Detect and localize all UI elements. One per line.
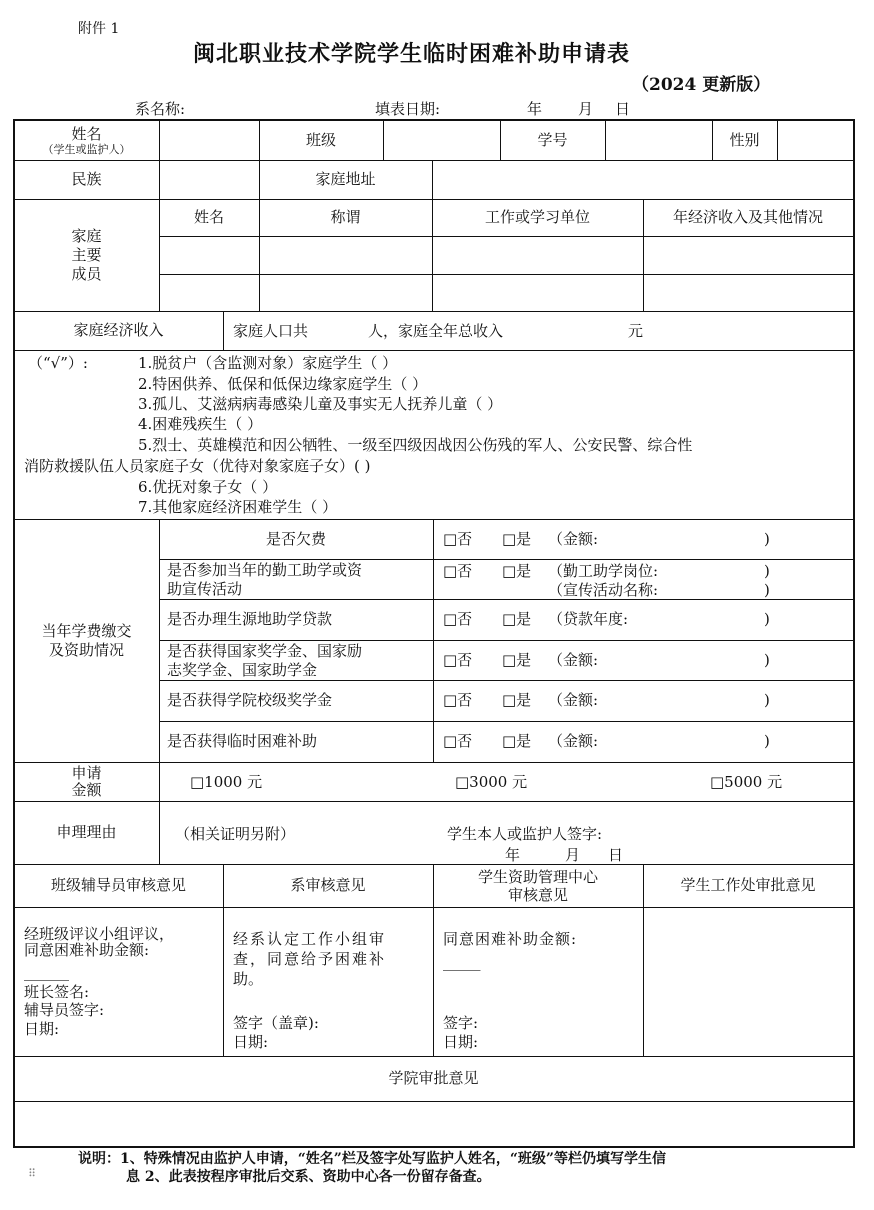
category-item-1[interactable]: 1.脱贫户（含监测对象）家庭学生（ ） [138,354,397,372]
review-header-dept: 系审核意见 [223,864,433,907]
reason-field[interactable] [160,802,852,863]
attachment-label: 附件 1 [78,20,119,38]
counselor-signature-label: 辅导员签字: [24,1001,104,1019]
family-member-row-2[interactable] [160,275,852,310]
income-total-text: 人，家庭全年总收入 [368,322,503,340]
name-field[interactable] [160,121,258,159]
review-header-line: 审核意见 [508,886,568,904]
aid-close: ) [764,581,770,599]
check-prefix: （“√”）: [28,354,88,372]
amount-option-5000[interactable]: □5000 元 [710,773,782,791]
aid-question-workstudy-2: 助宣传活动 [167,580,242,598]
student-id-field[interactable] [606,121,711,159]
aid-question-college-scholarship: 是否获得学院校级奖学金 [167,691,332,709]
aid-yes-checkbox[interactable]: □是 [502,530,531,548]
amount-label-line: 申请 [71,765,101,782]
family-member-row-1[interactable] [160,237,852,273]
aid-center-date-label: 日期: [443,1033,478,1051]
monitor-signature-label: 班长签名: [24,983,89,1001]
aid-close: ) [764,562,770,580]
aid-question-loan: 是否办理生源地助学贷款 [167,610,332,628]
aid-no-checkbox[interactable]: □否 [443,562,472,580]
aid-close: ) [764,530,770,548]
aid-detail-2: （宣传活动名称: [548,581,658,599]
version-label: （2024 更新版） [632,76,770,94]
row-divider [159,721,853,722]
col-divider [433,519,434,762]
name-label-cell: 姓名 （学生或监护人） [14,120,159,160]
aid-no-checkbox[interactable]: □否 [443,530,472,548]
student-affairs-opinion-field[interactable] [644,908,852,1055]
review-header-counselor: 班级辅导员审核意见 [14,864,223,907]
col-divider [223,311,224,350]
aid-yes-checkbox[interactable]: □是 [502,651,531,669]
drag-handle-icon[interactable]: ⠿ [28,1168,36,1180]
aid-center-text: 同意困难补助金额: [443,930,577,948]
aid-yes-checkbox[interactable]: □是 [502,732,531,750]
aid-center-amount-blank[interactable]: _____ [443,953,481,971]
aid-section-label: 当年学费缴交 及资助情况 [14,519,159,762]
counselor-text-2: 同意困难补助金额: [24,941,149,959]
ethnicity-field[interactable] [160,161,258,198]
review-header-student-affairs: 学生工作处审批意见 [643,864,853,907]
aid-question-arrears: 是否欠费 [159,519,433,559]
category-item-7[interactable]: 7.其他家庭经济困难学生（ ） [138,498,337,516]
class-field[interactable] [384,121,499,159]
amount-option-3000[interactable]: □3000 元 [455,773,527,791]
family-members-label: 家庭 主要 成员 [14,199,159,311]
aid-detail: （金额: [548,691,598,709]
aid-close: ) [764,610,770,628]
student-id-label: 学号 [500,120,605,160]
category-item-5-cont[interactable]: 消防救援队伍人员家庭子女（优待对象家庭子女）( ) [24,457,370,475]
aid-yes-checkbox[interactable]: □是 [502,610,531,628]
aid-detail: （金额: [548,530,598,548]
amount-label: 申请 金额 [14,762,159,801]
counselor-date-label: 日期: [24,1020,59,1038]
category-item-3[interactable]: 3.孤儿、艾滋病病毒感染儿童及事实无人抚养儿童（ ） [138,395,502,413]
aid-no-checkbox[interactable]: □否 [443,610,472,628]
address-label: 家庭地址 [259,160,432,199]
aid-question-national-2: 志奖学金、国家助学金 [167,661,317,679]
category-item-5[interactable]: 5.烈士、英雄模范和因公牺牲、一级至四级因战因公伤残的军人、公安民警、综合性 [138,436,692,454]
family-col-workplace: 工作或学习单位 [432,199,643,236]
row-divider [159,640,853,641]
aid-no-checkbox[interactable]: □否 [443,691,472,709]
dept-date-label: 日期: [233,1033,268,1051]
aid-detail: （金额: [548,732,598,750]
family-label-line: 成员 [71,265,101,284]
aid-detail: （贷款年度: [548,610,628,628]
aid-no-checkbox[interactable]: □否 [443,732,472,750]
review-header-line: 学生资助管理中心 [478,868,598,886]
address-field[interactable] [433,161,852,198]
aid-question-temp-aid: 是否获得临时困难补助 [167,732,317,750]
counselor-amount-blank[interactable]: ______ [24,963,69,981]
amount-label-line: 金额 [71,782,101,799]
row-divider [159,680,853,681]
aid-close: ) [764,651,770,669]
aid-close: ) [764,691,770,709]
name-sublabel: （学生或监护人） [43,143,131,156]
aid-detail: （金额: [548,651,598,669]
notes-line-2: 息 2、此表按程序审批后交系、资助中心各一份留存备查。 [126,1168,491,1186]
aid-question-national-1: 是否获得国家奖学金、国家励 [167,642,362,660]
family-col-income: 年经济收入及其他情况 [643,199,853,236]
dept-review-text-2: 查，同意给予困难补 [233,950,386,968]
aid-center-signature-label: 签字: [443,1014,478,1032]
row-divider [159,559,853,560]
aid-yes-checkbox[interactable]: □是 [502,691,531,709]
row-divider [14,350,853,351]
category-item-4[interactable]: 4.困难残疾生（ ） [138,415,262,433]
review-header-aid-center: 学生资助管理中心 审核意见 [433,864,643,907]
income-label: 家庭经济收入 [14,311,223,350]
category-item-6[interactable]: 6.优抚对象子女（ ） [138,478,277,496]
aid-label-line: 当年学费缴交 [41,622,131,641]
family-col-relation: 称谓 [259,199,432,236]
amount-option-1000[interactable]: □1000 元 [190,773,262,791]
aid-yes-checkbox[interactable]: □是 [502,562,531,580]
date-month: 月 [578,100,593,118]
college-approval-field[interactable] [15,1102,852,1144]
dept-label: 系名称: [135,100,185,118]
category-item-2[interactable]: 2.特困供养、低保和低保边缘家庭学生（ ） [138,375,427,393]
dept-review-text-3: 助。 [233,970,263,988]
aid-label-line: 及资助情况 [49,641,124,660]
aid-question-workstudy-1: 是否参加当年的勤工助学或资 [167,561,362,579]
notes-line-1: 说明：1、特殊情况由监护人申请，“姓名”栏及签字处写监护人姓名，“班级”等栏仍填… [78,1150,666,1168]
reason-label: 申理理由 [14,801,159,864]
gender-label: 性别 [712,120,777,160]
class-label: 班级 [259,120,383,160]
aid-no-checkbox[interactable]: □否 [443,651,472,669]
family-label-line: 主要 [71,246,101,265]
page-title: 闽北职业技术学院学生临时困难补助申请表 [193,45,630,63]
dept-review-text-1: 经系认定工作小组审 [233,930,386,948]
income-population-text: 家庭人口共 [233,322,308,340]
aid-detail: （勤工助学岗位: [548,562,658,580]
name-label: 姓名 [71,125,101,143]
dept-signature-label: 签字（盖章): [233,1014,319,1032]
date-day: 日 [615,100,630,118]
ethnicity-label: 民族 [14,160,159,199]
aid-close: ) [764,732,770,750]
gender-field[interactable] [778,121,852,159]
row-divider [159,599,853,600]
college-approval-label: 学院审批意见 [14,1056,853,1101]
date-label: 填表日期: [375,100,440,118]
date-year: 年 [527,100,542,118]
family-col-name: 姓名 [159,199,259,236]
income-currency: 元 [628,322,643,340]
family-label-line: 家庭 [71,227,101,246]
